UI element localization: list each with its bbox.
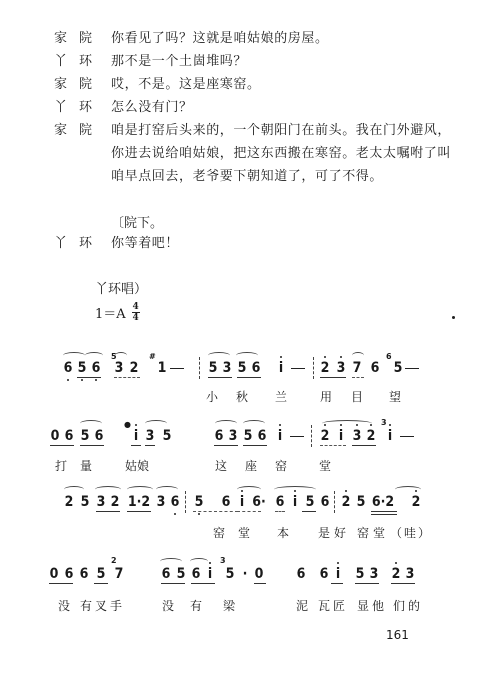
grace-note: 3 [220,556,226,565]
note: · [240,566,250,582]
note: 6 [214,428,224,444]
lyric: 窑堂 [357,524,389,541]
lyric: 堂 [238,524,250,541]
lyric: 姑娘 [125,457,149,474]
note: 6 [64,428,74,444]
grace-note: # [149,352,156,361]
note: 5 [77,360,87,376]
grace-note: 2 [111,556,117,565]
speaker-name: 家院 [54,30,104,48]
speaker-name: 家院 [54,122,104,140]
note: 5 [305,494,315,510]
note: i [237,494,247,510]
barline [334,491,335,513]
note: 6 [257,428,267,444]
note: 6 [161,566,171,582]
note: 6 [64,566,74,582]
lyric: 有叉手 [80,597,125,614]
time-signature: 4 4 [132,303,140,322]
key-prefix: 1＝A [95,303,126,322]
note: 5 [194,494,204,510]
note: 5 [356,494,366,510]
note: 2 [320,428,330,444]
lyric: 用 [320,388,332,405]
sustain-dash [291,368,305,369]
sustain-dash [400,436,414,437]
lyric: 座 [245,457,257,474]
barline [313,357,314,379]
lyric: 泥 [296,597,308,614]
lyric: 窑 [213,524,225,541]
note: 6 [170,494,180,510]
lyric: 量 [80,457,92,474]
lyric: （哇） [390,524,432,541]
key-signature: 1＝A 4 4 [95,303,140,322]
lyric: 显他 [357,597,387,614]
note: 7 [352,360,362,376]
lyric: 小 [206,388,218,405]
singer-label: 丫环唱） [95,278,147,297]
note: 6 [320,494,330,510]
stage-direction: 〔院下。 [111,212,163,231]
note: 2 [64,494,74,510]
note: i [333,566,343,582]
note: 0 [50,428,60,444]
note: 5 [208,360,218,376]
speaker-name: 丫环 [54,235,104,253]
stray-dot [452,316,455,319]
note: 3 [228,428,238,444]
grace-note: 3 [381,418,387,427]
note: 5 [243,428,253,444]
lyric: 秋 [236,388,248,405]
note: 6 [94,428,104,444]
note: 5 [96,566,106,582]
note: 2 [110,494,120,510]
page-number: 161 [386,628,409,642]
note: 3 [222,360,232,376]
note: 6 [91,360,101,376]
note: 2 [129,360,139,376]
speaker-name: 丫环 [54,53,104,71]
note: 3 [369,566,379,582]
speech-text: 咱是打窑后头来的，一个朝阳门在前头。我在门外避风，你进去说给咱姑娘，把这东西搬在… [111,119,461,188]
note: 1 [157,360,167,376]
note: 5 [225,566,235,582]
note: 5 [355,566,365,582]
sustain-dash [170,368,184,369]
speech-text: 哎，不是。这是座寒窑。 [111,76,461,94]
speech-text: 你看见了吗？这就是咱姑娘的房屋。 [111,30,461,48]
sustain-dash [405,368,419,369]
note: 6 [319,566,329,582]
note: 6 [79,566,89,582]
note: 5 [393,360,403,376]
note: 6·2 [371,494,395,510]
lyric: 堂 [319,457,331,474]
note: 6 [251,360,261,376]
lyric: 这 [215,457,227,474]
barline [311,425,312,447]
note: 3 [156,494,166,510]
note: 5 [80,428,90,444]
note: 5 [237,360,247,376]
note: 2 [411,494,421,510]
speech-text: 怎么没有门？ [111,99,461,117]
lyric: 打 [55,457,67,474]
note: 3 [336,360,346,376]
note: i [131,428,141,444]
note: 3 [405,566,415,582]
lyric: 是好 [318,524,350,541]
note: 6 [191,566,201,582]
note: 0 [49,566,59,582]
note: 5 [80,494,90,510]
note: i [290,494,300,510]
note: 3 [114,360,124,376]
speech-text: 你等着吧！ [111,235,461,253]
speaker-name: 丫环 [54,99,104,117]
note: 2 [391,566,401,582]
lyric: 梁 [223,597,235,614]
note: 6 [221,494,231,510]
lyric: 兰 [275,388,287,405]
grace-note: 6 [386,352,392,361]
note: 5 [162,428,172,444]
lyric: 窑 [275,457,287,474]
barline [185,491,186,513]
lyric: 没 [162,597,174,614]
note: 6 [296,566,306,582]
sustain-dash [290,436,304,437]
note: 0 [254,566,264,582]
lyric: 瓦匠 [318,597,348,614]
note: i [336,428,346,444]
lyric: 们的 [393,597,423,614]
note: i [275,428,285,444]
lyric: 目 [351,388,363,405]
note: 3 [145,428,155,444]
lyric: 本 [277,524,289,541]
note: i [385,428,395,444]
note: 6 [275,494,285,510]
note: 6 [63,360,73,376]
barline [199,357,200,379]
note: 2 [366,428,376,444]
note: 5 [176,566,186,582]
grace-note: ● [124,420,131,429]
lyric: 没 [58,597,70,614]
speaker-name: 家院 [54,76,104,94]
speech-text: 那不是一个土崮堆吗？ [111,53,461,71]
note: 3 [96,494,106,510]
note: i [205,566,215,582]
note: 6· [251,494,267,510]
note: 7 [114,566,124,582]
note: i [276,360,286,376]
note: 1·2 [127,494,151,510]
lyric: 有 [190,597,202,614]
lyric: 望 [389,388,401,405]
note: 6 [370,360,380,376]
note: 3 [352,428,362,444]
note: 2 [320,360,330,376]
note: 2 [341,494,351,510]
